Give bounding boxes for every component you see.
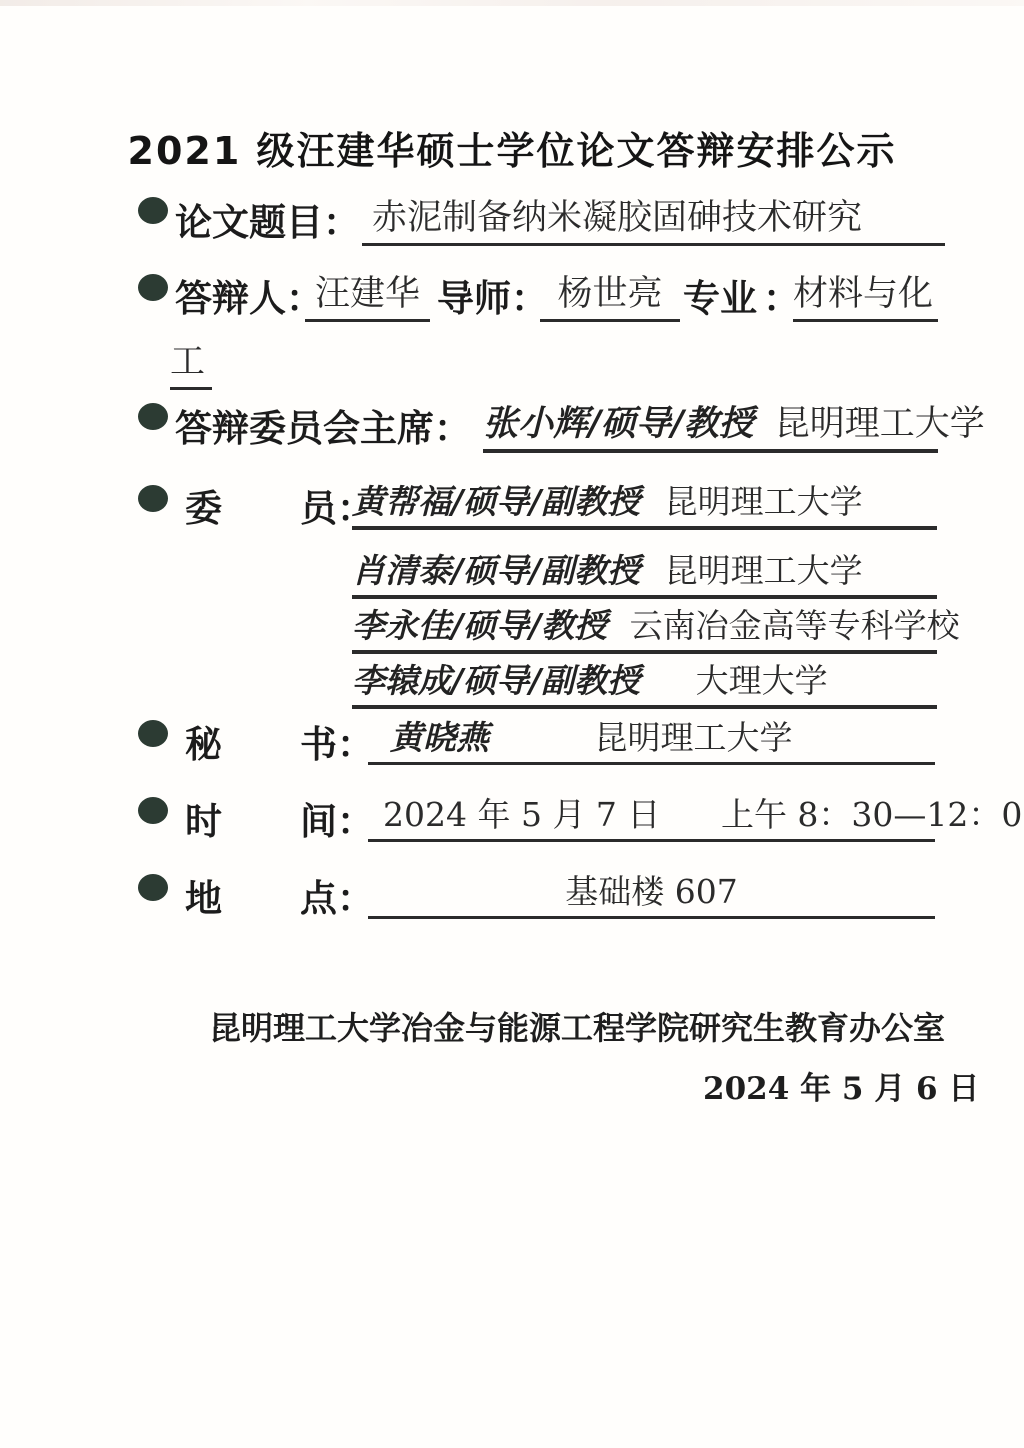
scan-artifact-top bbox=[0, 0, 1024, 6]
chair-value: 张小辉/硕导/教授 昆明理工大学 bbox=[483, 396, 938, 453]
time-period: 上午 8：30—12：00 bbox=[721, 795, 1024, 834]
defender-label: 答辩人： bbox=[175, 268, 323, 322]
bullet-icon bbox=[138, 197, 168, 224]
footer-office: 昆明理工大学冶金与能源工程学院研究生教育办公室 bbox=[177, 1003, 977, 1049]
chair-label: 答辩委员会主席： bbox=[175, 398, 471, 452]
committee-member-name: 黄帮福/硕导/副教授 bbox=[352, 482, 640, 521]
committee-member-name: 肖清泰/硕导/副教授 bbox=[352, 551, 640, 590]
thesis-title-value: 赤泥制备纳米凝胶固砷技术研究 bbox=[362, 190, 945, 246]
bullet-icon bbox=[138, 403, 168, 430]
committee-member-row: 肖清泰/硕导/副教授 昆明理工大学 bbox=[352, 545, 937, 599]
secretary-affiliation: 昆明理工大学 bbox=[595, 718, 793, 757]
committee-member-affiliation: 云南冶金高等专科学校 bbox=[630, 606, 960, 645]
chair-affiliation: 昆明理工大学 bbox=[775, 404, 985, 444]
committee-member-name: 李永佳/硕导/教授 bbox=[352, 606, 607, 645]
bullet-icon bbox=[138, 274, 168, 301]
time-date: 2024 年 5 月 7 日 bbox=[383, 795, 660, 834]
major-value-line1: 材料与化 bbox=[793, 266, 938, 322]
advisor-name: 杨世亮 bbox=[540, 266, 680, 322]
committee-member-row: 黄帮福/硕导/副教授 昆明理工大学 bbox=[352, 476, 937, 530]
committee-member-row: 李永佳/硕导/教授 云南冶金高等专科学校 bbox=[352, 600, 937, 654]
location-label-char1: 地 bbox=[185, 868, 222, 922]
committee-member-affiliation: 昆明理工大学 bbox=[665, 551, 863, 590]
committee-label-char1: 委 bbox=[185, 478, 222, 532]
major-label: 专业 bbox=[683, 268, 757, 322]
committee-member-affiliation: 昆明理工大学 bbox=[665, 482, 863, 521]
page-title: 2021 级汪建华硕士学位论文答辩安排公示 bbox=[0, 120, 1024, 175]
advisor-label: 导师： bbox=[437, 268, 548, 322]
secretary-value: 黄晓燕 昆明理工大学 bbox=[368, 712, 935, 765]
secretary-name: 黄晓燕 bbox=[390, 718, 489, 757]
bullet-icon bbox=[138, 720, 168, 747]
bullet-icon bbox=[138, 874, 168, 901]
chair-name: 张小辉/硕导/教授 bbox=[483, 403, 754, 444]
location-label-char2: 点： bbox=[300, 868, 374, 922]
bullet-icon bbox=[138, 797, 168, 824]
secretary-label-char1: 秘 bbox=[185, 714, 222, 768]
committee-member-affiliation: 大理大学 bbox=[696, 661, 828, 700]
defender-name: 汪建华 bbox=[305, 266, 430, 322]
footer-date: 2024 年 5 月 6 日 bbox=[703, 1063, 979, 1108]
time-value: 2024 年 5 月 7 日 上午 8：30—12：00 bbox=[368, 789, 935, 842]
committee-member-name: 李辕成/硕导/副教授 bbox=[352, 661, 640, 700]
thesis-title-label: 论文题目： bbox=[175, 192, 360, 246]
time-label-char2: 间： bbox=[300, 791, 374, 845]
location-value: 基础楼 607 bbox=[368, 866, 935, 919]
time-label-char1: 时 bbox=[185, 791, 222, 845]
announcement-page: 2021 级汪建华硕士学位论文答辩安排公示 论文题目： 赤泥制备纳米凝胶固砷技术… bbox=[0, 0, 1024, 1448]
committee-member-row: 李辕成/硕导/副教授 大理大学 bbox=[352, 655, 937, 709]
secretary-label-char2: 书： bbox=[300, 714, 374, 768]
bullet-icon bbox=[138, 485, 168, 512]
major-value-line2: 工 bbox=[170, 334, 212, 390]
